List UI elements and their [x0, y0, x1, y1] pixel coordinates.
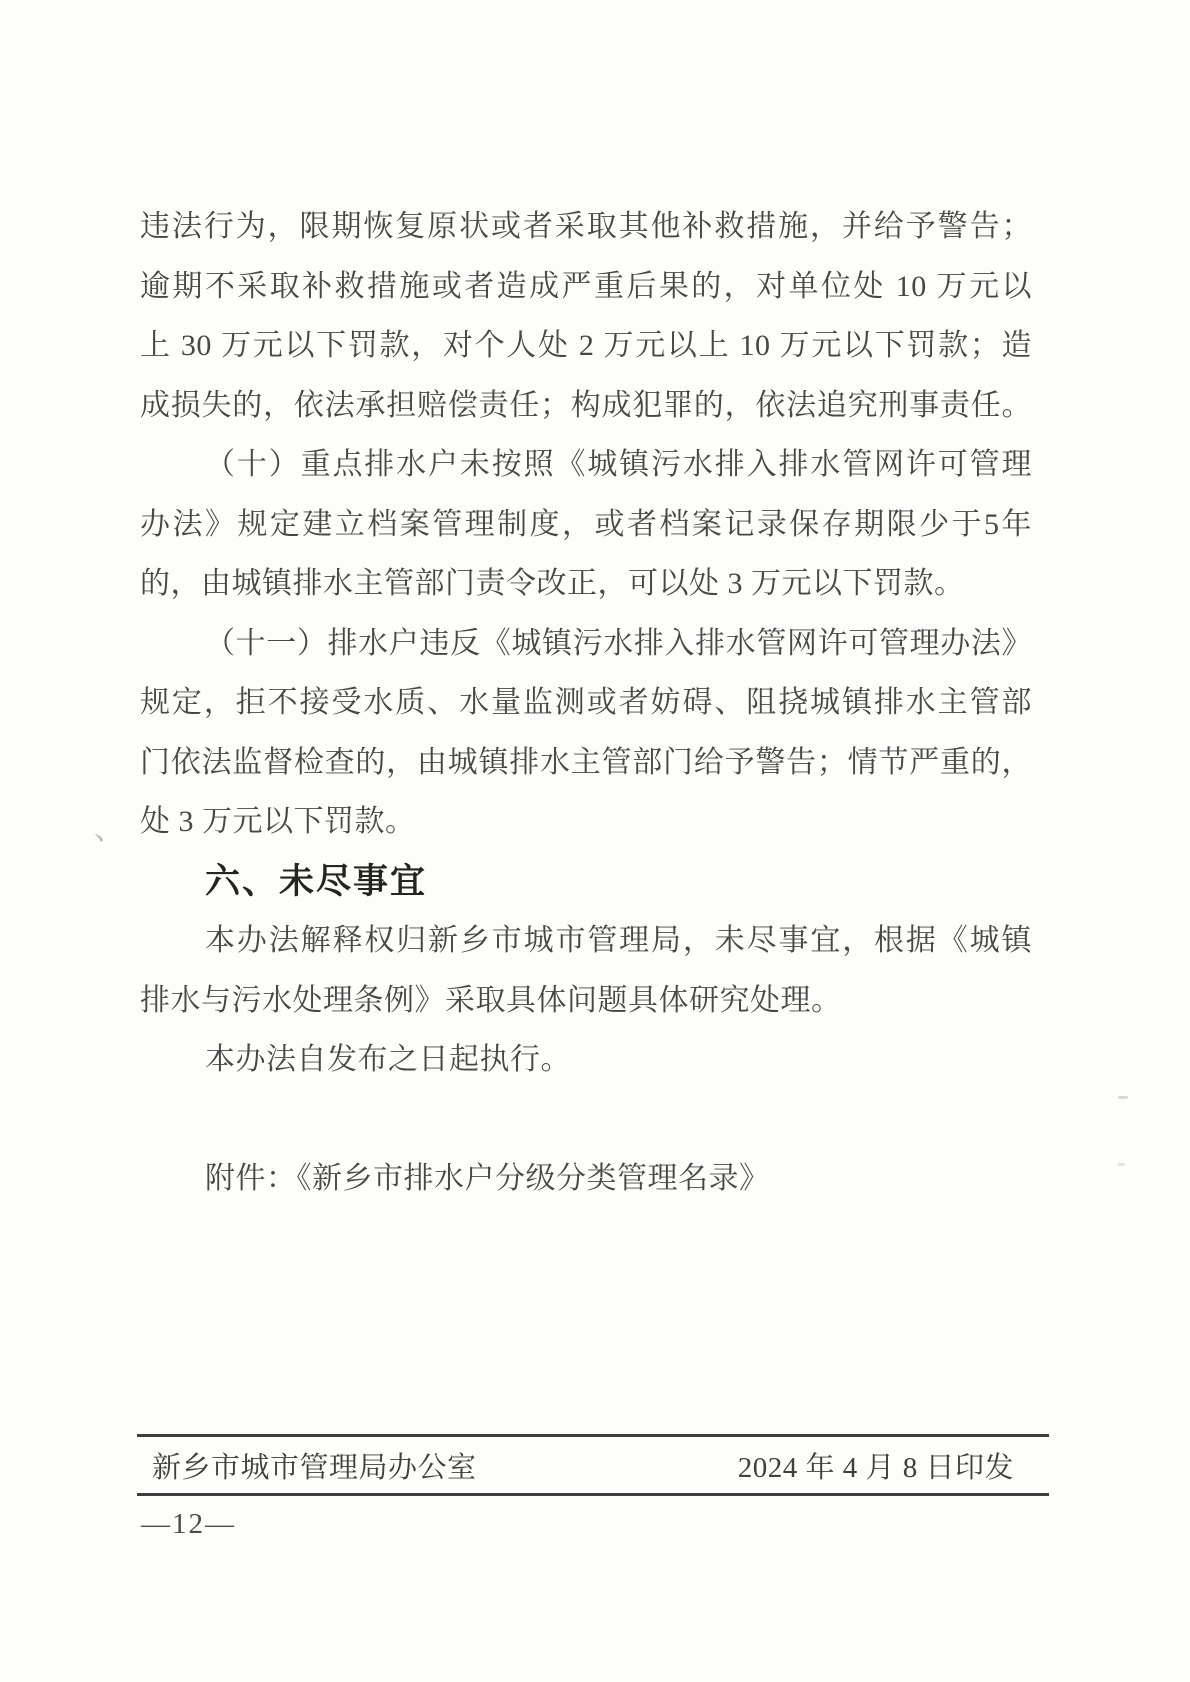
page-number: —12— [141, 1506, 236, 1542]
body-line: 上 30 万元以下罚款，对个人处 2 万元以上 10 万元以下罚款；造 [140, 316, 1032, 376]
body-line: （十）重点排水户未按照《城镇污水排入排水管网许可管理 [140, 435, 1032, 495]
body-line: 本办法自发布之日起执行。 [140, 1030, 1032, 1090]
body-line: 排水与污水处理条例》采取具体问题具体研究处理。 [140, 971, 1032, 1031]
body-line: 违法行为，限期恢复原状或者采取其他补救措施，并给予警告； [140, 197, 1032, 257]
body-line: 门依法监督检查的，由城镇排水主管部门给予警告；情节严重的， [140, 733, 1032, 793]
section-heading: 六、未尽事宜 [140, 852, 1032, 912]
body-line: 处 3 万元以下罚款。 [140, 792, 1032, 852]
scan-artifact-speck [1118, 1096, 1128, 1099]
scan-artifact-mark: 、 [94, 800, 124, 860]
body-line: 逾期不采取补救措施或者造成严重后果的，对单位处 10 万元以 [140, 257, 1032, 317]
body-line: 办法》规定建立档案管理制度，或者档案记录保存期限少于5年 [140, 495, 1032, 555]
footer-issuer: 新乡市城市管理局办公室 [152, 1448, 477, 1488]
body-line: 的，由城镇排水主管部门责令改正，可以处 3 万元以下罚款。 [140, 554, 1032, 614]
footer-divider-bottom [137, 1493, 1049, 1496]
scan-artifact-speck [1118, 1163, 1125, 1166]
body-line: 规定，拒不接受水质、水量监测或者妨碍、阻挠城镇排水主管部 [140, 673, 1032, 733]
attachment-line: 附件：《新乡市排水户分级分类管理名录》 [140, 1149, 1032, 1209]
document-page: 、 违法行为，限期恢复原状或者采取其他补救措施，并给予警告； 逾期不采取补救措施… [0, 0, 1190, 1682]
footer-print-date: 2024 年 4 月 8 日印发 [738, 1448, 1014, 1488]
body-line: 成损失的，依法承担赔偿责任；构成犯罪的，依法追究刑事责任。 [140, 376, 1032, 436]
footer-divider-top [137, 1434, 1049, 1437]
document-body: 违法行为，限期恢复原状或者采取其他补救措施，并给予警告； 逾期不采取补救措施或者… [140, 197, 1032, 1209]
body-line: 本办法解释权归新乡市城市管理局，未尽事宜，根据《城镇 [140, 911, 1032, 971]
body-line: （十一）排水户违反《城镇污水排入排水管网许可管理办法》 [140, 614, 1032, 674]
